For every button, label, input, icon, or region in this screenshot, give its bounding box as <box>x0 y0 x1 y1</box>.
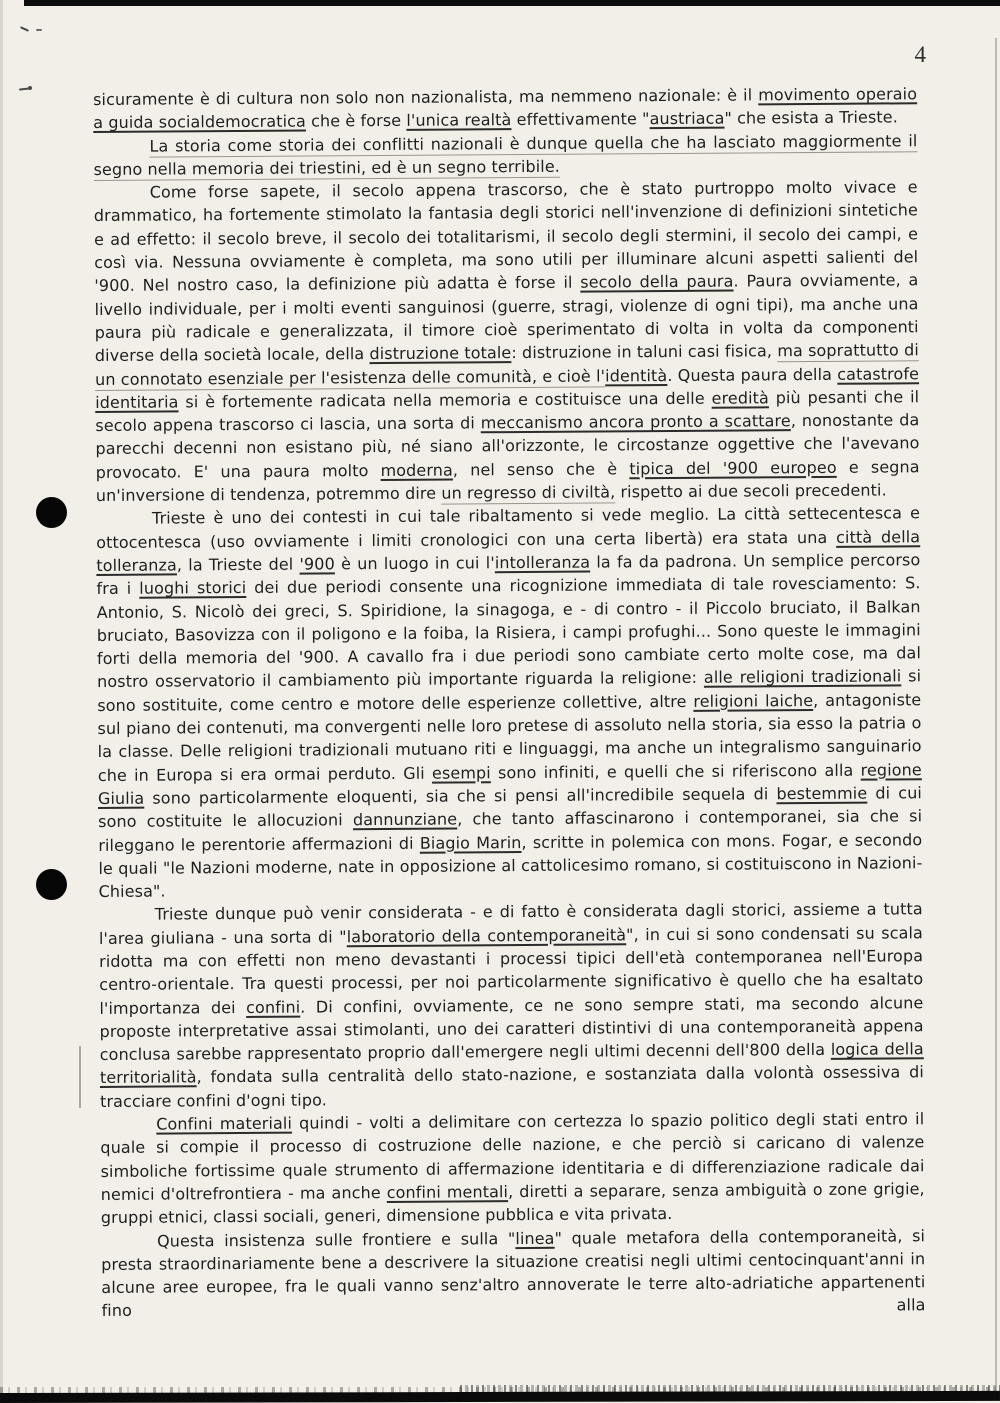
underlined-text: secolo della paura <box>580 272 733 292</box>
paragraph: sicuramente è di cultura non solo non na… <box>93 82 917 134</box>
underlined-text: moderna <box>380 460 452 480</box>
page-number: 4 <box>915 42 927 68</box>
text-segment: . Questa paura della <box>667 364 837 384</box>
scan-edge-top <box>24 0 1000 6</box>
scan-edge-bottom <box>0 1391 1000 1403</box>
underlined-text: Confini materiali <box>156 1114 292 1134</box>
underlined-text: Biagio Marin <box>420 833 522 853</box>
paper-left-edge <box>0 0 3 1403</box>
pen-mark <box>28 86 32 90</box>
underlined-text: eredità <box>712 388 769 407</box>
underlined-text: La storia come storia dei conflitti nazi… <box>94 131 918 179</box>
text-segment: Trieste è uno dei contesti in cui tale r… <box>96 504 920 552</box>
text-segment: è un luogo in cui l' <box>335 553 495 573</box>
pen-mark <box>36 29 42 31</box>
underlined-text: l'unica realtà <box>406 110 511 130</box>
underlined-text: alle religioni tradizionali <box>704 667 902 687</box>
paper-right-edge <box>995 38 997 1391</box>
paragraph: Questa insistenza sulle frontiere e sull… <box>101 1224 926 1323</box>
text-segment: , fondata sulla centralità dello stato-n… <box>100 1063 924 1111</box>
underlined-text: esempi <box>432 763 491 782</box>
text-segment: " che esista a Trieste. <box>724 108 898 128</box>
text-segment: : distruzione in taluni casi fisica, <box>511 341 777 362</box>
underlined-text: meccanismo ancora pronto a scattare <box>481 411 791 432</box>
text-segment: sicuramente è di cultura non solo non na… <box>93 85 758 109</box>
text-segment: si è fortemente radicata nella memoria e… <box>178 389 711 412</box>
document-text: sicuramente è di cultura non solo non na… <box>93 82 926 1322</box>
paragraph: Confini materiali quindi - volti a delim… <box>100 1107 925 1229</box>
underlined-text: austriaca <box>649 109 724 129</box>
text-segment: effettivamente " <box>511 109 649 129</box>
paragraph: Come forse sapete, il secolo appena tras… <box>94 175 920 507</box>
hole-punch-mark <box>36 497 67 528</box>
underlined-text: luoghi storici <box>139 578 246 598</box>
underlined-text: linea <box>515 1228 554 1247</box>
underlined-text: un regresso di civiltà, <box>441 482 615 502</box>
paragraph: Trieste è uno dei contesti in cui tale r… <box>96 502 923 904</box>
underlined-text: distruzione totale <box>369 343 511 363</box>
text-segment: , nel senso che è <box>453 459 630 479</box>
text-segment: Questa insistenza sulle frontiere e sull… <box>157 1229 515 1251</box>
underlined-text: confini <box>246 997 300 1016</box>
text-segment: che è forse <box>306 111 407 131</box>
underlined-text: bestemmie <box>776 784 867 804</box>
text-segment: sono particolarmente eloquenti, sia che … <box>144 784 776 807</box>
scanned-document-page: 4 sicuramente è di cultura non solo non … <box>0 0 1000 1403</box>
text-segment: rispetto ai due secoli precedenti. <box>615 481 887 502</box>
underlined-text: tipica del '900 europeo <box>629 458 837 478</box>
underlined-text: intolleranza <box>495 552 590 572</box>
pen-mark <box>20 26 29 31</box>
underlined-text: religioni laiche <box>693 691 813 711</box>
paragraph: Trieste dunque può venir considerata - e… <box>99 898 924 1113</box>
margin-pencil-line <box>79 1046 81 1108</box>
underlined-text: dannunziane <box>353 810 457 830</box>
paragraph: La storia come storia dei conflitti nazi… <box>93 129 917 181</box>
underlined-text: confini mentali <box>387 1182 508 1202</box>
underlined-text: identità <box>605 366 667 385</box>
hole-punch-mark <box>36 869 67 900</box>
underlined-text: '900 <box>299 554 334 573</box>
text-segment: sono infiniti, e quelli che si riferisco… <box>491 760 861 782</box>
underlined-text: laboratorio della contemporaneità <box>347 925 627 946</box>
text-segment: , la Trieste del <box>177 555 300 575</box>
